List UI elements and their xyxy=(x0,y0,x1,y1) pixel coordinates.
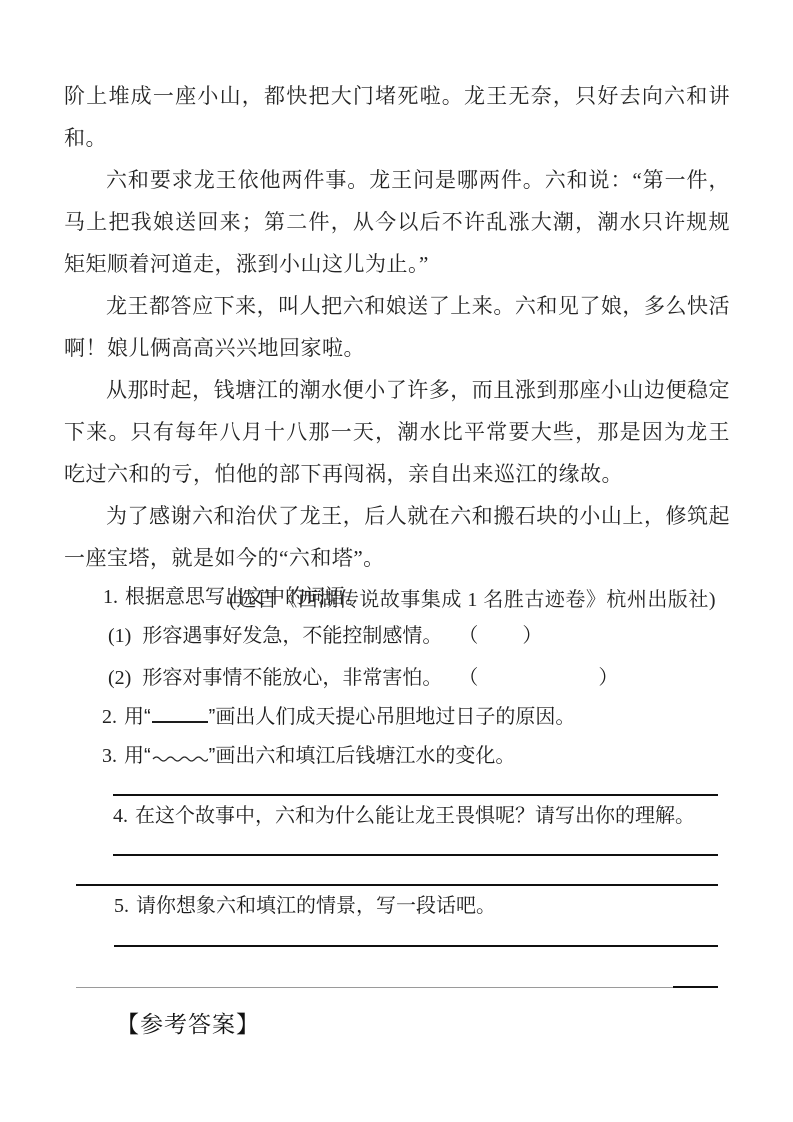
question-1-sub-2: (2)形容对事情不能放心，非常害怕。（） xyxy=(108,666,618,690)
question-4-text: 在这个故事中，六和为什么能让龙王畏惧呢？请写出你的理解。 xyxy=(135,805,695,827)
question-1-sub-1: (1)形容遇事好发急，不能控制感情。（） xyxy=(108,624,542,648)
question-2: 2.用“”画出人们成天提心吊胆地过日子的原因。 xyxy=(102,705,575,729)
answer-paren-blank: （） xyxy=(458,666,618,690)
answer-rule-line-1 xyxy=(113,794,718,796)
straight-underline-mark xyxy=(152,719,208,723)
question-1-number: 1. xyxy=(103,586,118,608)
question-1-sub-2-number: (2) xyxy=(108,667,131,689)
question-5: 5.请你想象六和填江的情景，写一段话吧。 xyxy=(114,894,496,918)
answer-rule-line-5 xyxy=(76,987,718,988)
answer-rule-line-3 xyxy=(76,884,718,886)
paren-close: ） xyxy=(522,625,542,647)
question-4-number: 4. xyxy=(113,805,128,827)
question-1-sub-1-text: 形容遇事好发急，不能控制感情。 xyxy=(142,625,442,647)
passage-paragraph-5: 为了感谢六和治伏了龙王，后人就在六和搬石块的小山上，修筑起一座宝塔，就是如今的“… xyxy=(64,495,730,579)
passage: 阶上堆成一座小山，都快把大门堵死啦。龙王无奈，只好去向六和讲和。 六和要求龙王依… xyxy=(64,75,730,621)
paren-open: （ xyxy=(458,667,478,689)
answer-key-header: 【参考答案】 xyxy=(116,1006,260,1039)
question-3-text-after: ”画出六和填江后钱塘江水的变化。 xyxy=(209,745,516,767)
passage-paragraph-3: 龙王都答应下来，叫人把六和娘送了上来。六和见了娘，多么快活啊！娘儿俩高高兴兴地回… xyxy=(64,285,730,369)
paren-close: ） xyxy=(598,667,618,689)
question-2-number: 2. xyxy=(102,706,117,728)
question-5-number: 5. xyxy=(114,895,129,917)
answer-rule-line-2 xyxy=(113,854,718,856)
question-2-text-after: ”画出人们成天提心吊胆地过日子的原因。 xyxy=(209,706,576,728)
question-1: 1.根据意思写出文中的词语。 xyxy=(103,585,365,609)
answer-paren-blank: （） xyxy=(458,624,542,648)
question-3-number: 3. xyxy=(102,745,117,767)
question-5-text: 请你想象六和填江的情景，写一段话吧。 xyxy=(136,895,496,917)
answer-rule-line-4 xyxy=(114,945,718,947)
question-3: 3.用“”画出六和填江后钱塘江水的变化。 xyxy=(102,744,515,768)
wavy-underline-mark xyxy=(152,753,208,762)
answer-rule-line-5-dark-segment xyxy=(673,986,718,988)
worksheet-page: 阶上堆成一座小山，都快把大门堵死啦。龙王无奈，只好去向六和讲和。 六和要求龙王依… xyxy=(0,0,793,1122)
passage-paragraph-2: 六和要求龙王依他两件事。龙王问是哪两件。六和说：“第一件，马上把我娘送回来；第二… xyxy=(64,159,730,285)
paren-open: （ xyxy=(458,625,478,647)
question-4: 4.在这个故事中，六和为什么能让龙王畏惧呢？请写出你的理解。 xyxy=(113,804,695,828)
passage-paragraph-1: 阶上堆成一座小山，都快把大门堵死啦。龙王无奈，只好去向六和讲和。 xyxy=(64,75,730,159)
question-1-sub-1-number: (1) xyxy=(108,625,131,647)
question-2-text-before: 用“ xyxy=(124,706,151,728)
question-3-text-before: 用“ xyxy=(124,745,151,767)
passage-paragraph-4: 从那时起，钱塘江的潮水便小了许多，而且涨到那座小山边便稳定下来。只有每年八月十八… xyxy=(64,369,730,495)
question-1-text: 根据意思写出文中的词语。 xyxy=(125,586,365,608)
question-1-sub-2-text: 形容对事情不能放心，非常害怕。 xyxy=(142,667,442,689)
